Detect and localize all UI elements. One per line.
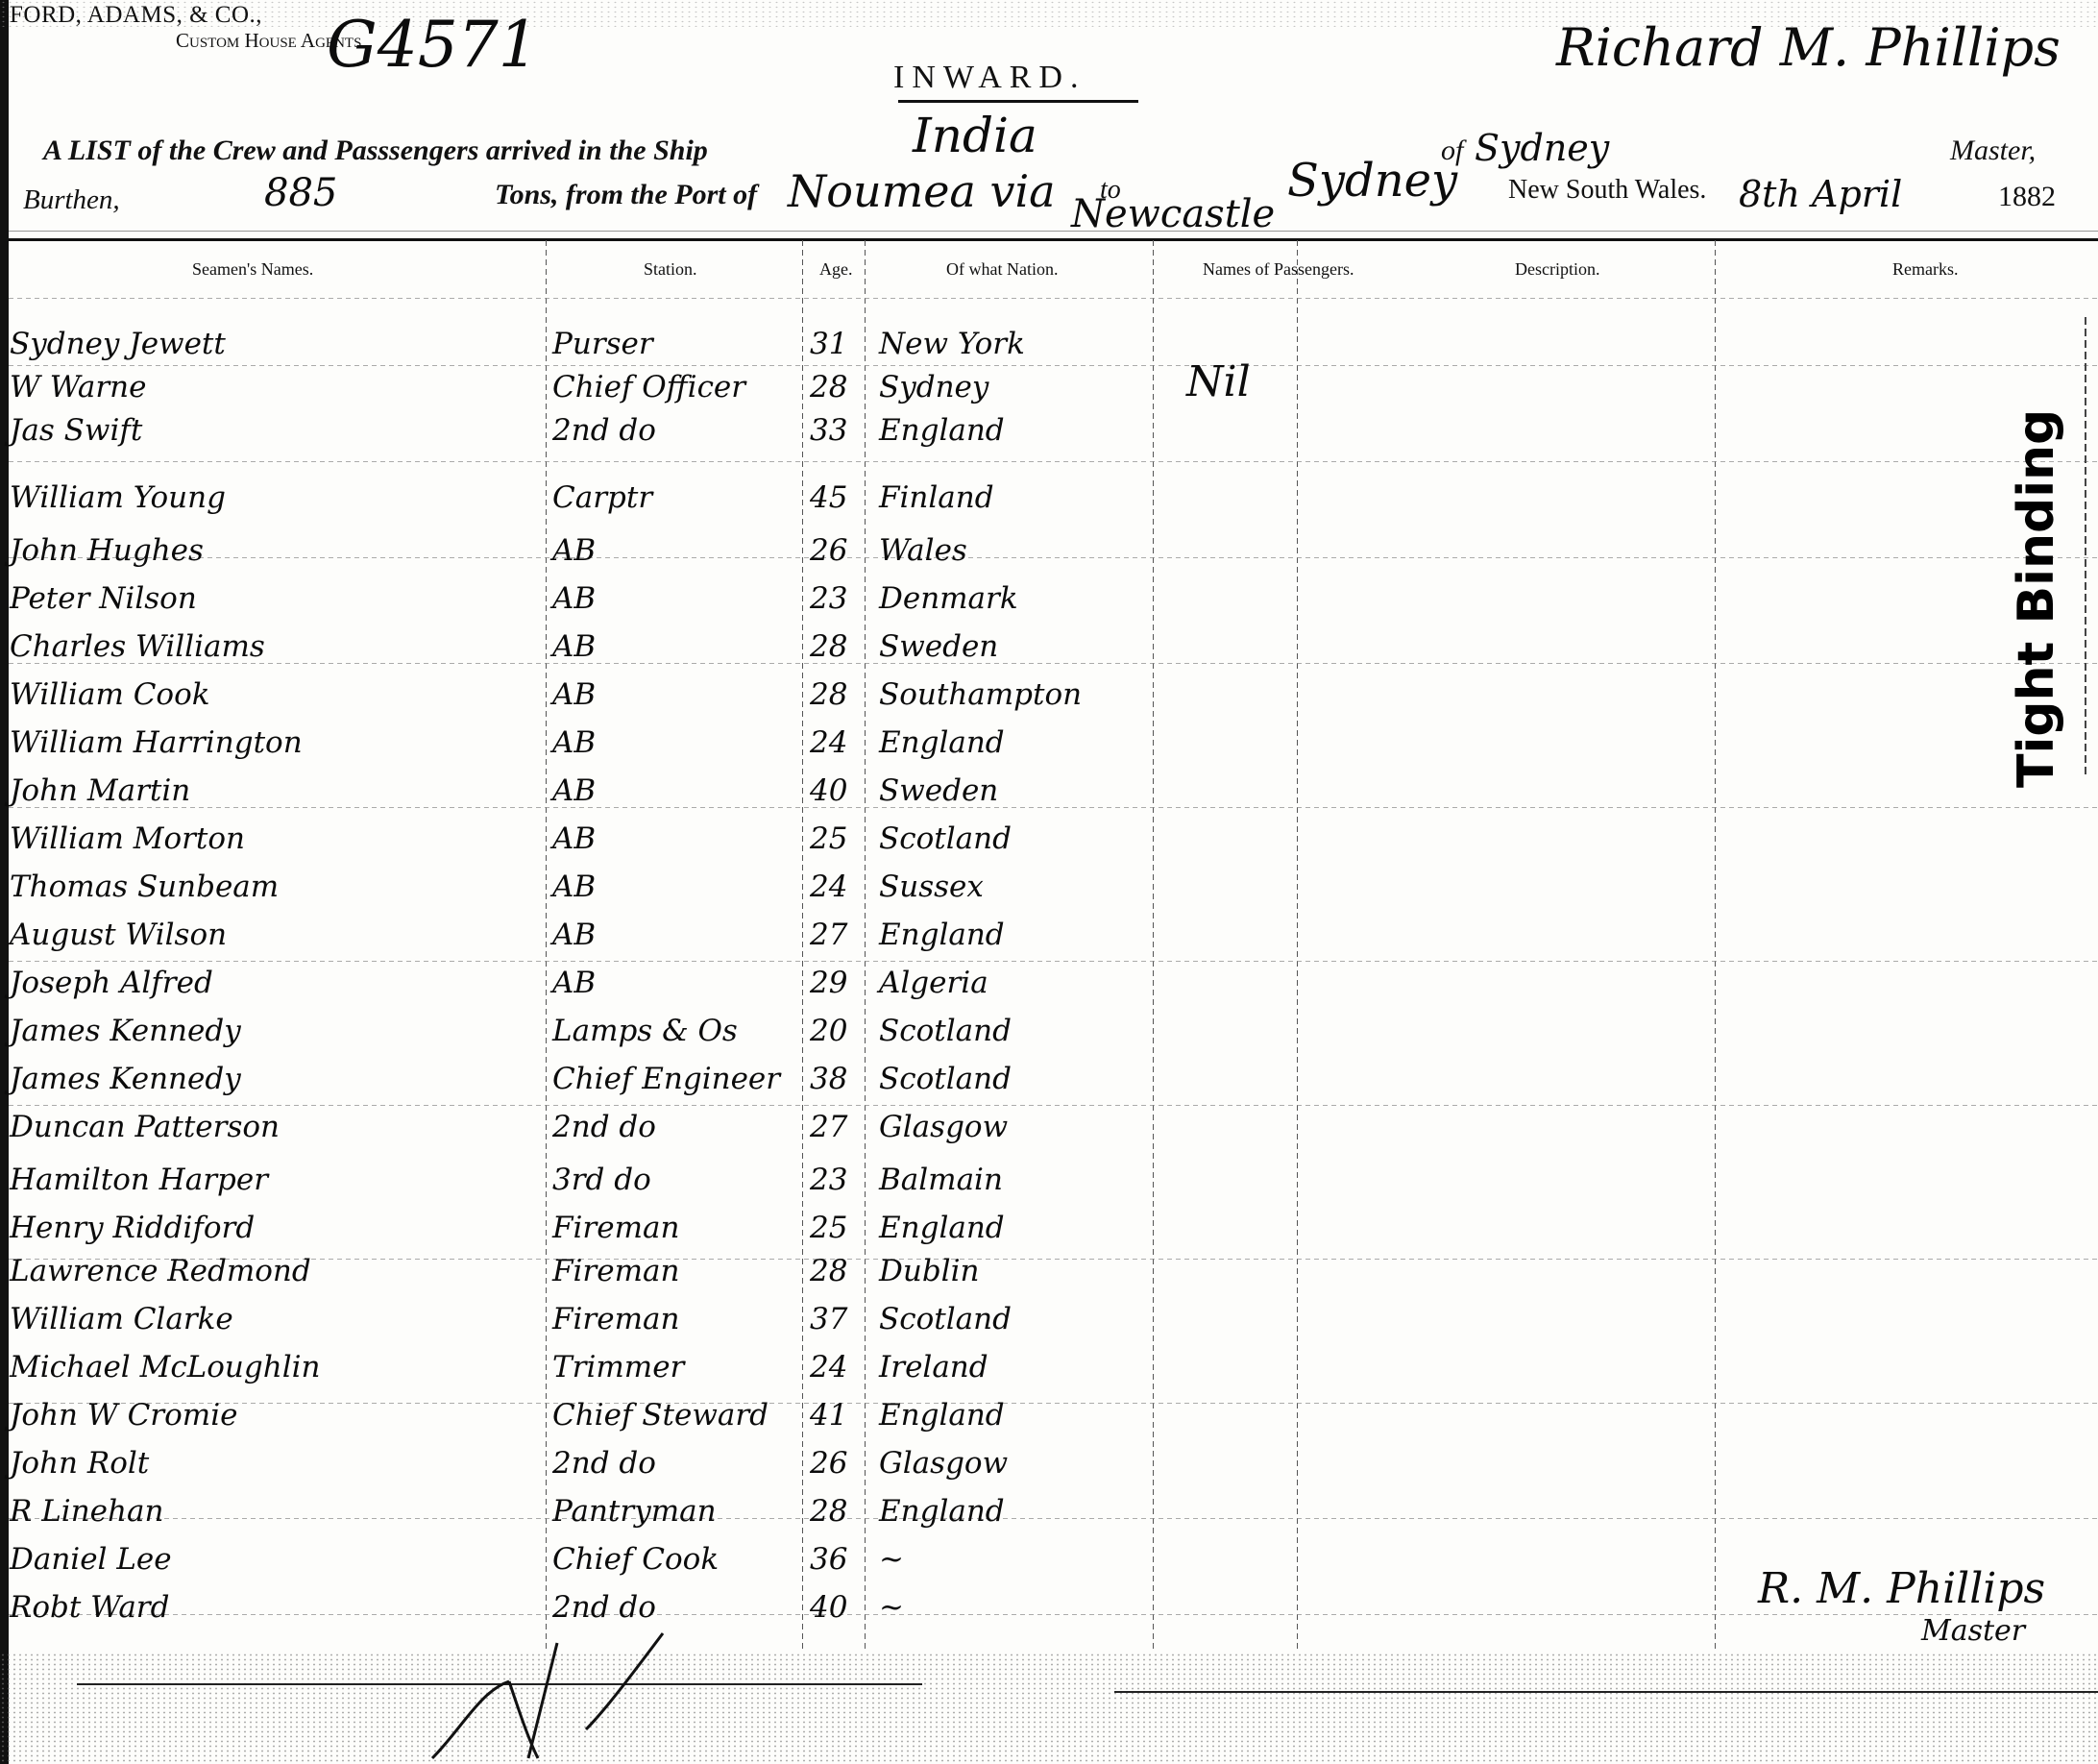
reference-number: G4571 xyxy=(327,8,539,82)
age: 38 xyxy=(810,1062,847,1096)
nation: England xyxy=(879,918,1005,952)
col-head-station: Station. xyxy=(644,259,697,280)
master-signature-title: Master xyxy=(1921,1614,2025,1648)
crew-row: Hamilton Harper3rd do23Balmain xyxy=(0,1163,2098,1200)
station: Chief Engineer xyxy=(552,1062,780,1096)
crew-row: John MartinAB40Sweden xyxy=(0,773,2098,811)
scan-noise-bottom xyxy=(0,1653,2098,1764)
age: 26 xyxy=(810,533,847,568)
station: Chief Officer xyxy=(552,370,745,404)
seaman-name: Peter Nilson xyxy=(10,581,197,616)
age: 37 xyxy=(810,1302,847,1336)
master-name: Richard M. Phillips xyxy=(1556,17,2061,78)
heading-underline xyxy=(898,100,1138,103)
nation: Wales xyxy=(879,533,967,568)
col-head-description: Description. xyxy=(1515,259,1599,280)
crew-row: Charles WilliamsAB28Sweden xyxy=(0,629,2098,667)
nation: Sweden xyxy=(879,773,998,808)
age: 25 xyxy=(810,1211,847,1245)
age: 28 xyxy=(810,1254,847,1288)
age: 36 xyxy=(810,1542,847,1577)
crew-row: John Rolt2nd do26Glasgow xyxy=(0,1446,2098,1483)
age: 27 xyxy=(810,1110,847,1144)
ruled-line xyxy=(9,961,2098,962)
ruled-line xyxy=(9,1105,2098,1106)
seaman-name: John Hughes xyxy=(10,533,204,568)
station: AB xyxy=(552,629,596,664)
crew-row: James KennedyLamps & Os20Scotland xyxy=(0,1014,2098,1051)
crew-row: W WarneChief Officer28Sydney xyxy=(0,370,2098,407)
header-rule-thin xyxy=(9,231,2098,232)
seaman-name: Charles Williams xyxy=(10,629,265,664)
station: 2nd do xyxy=(552,413,656,448)
seaman-name: Lawrence Redmond xyxy=(10,1254,311,1288)
seaman-name: Hamilton Harper xyxy=(10,1163,268,1197)
station: AB xyxy=(552,918,596,952)
nation: Scotland xyxy=(879,1062,1012,1096)
crew-row: William CookAB28Southampton xyxy=(0,677,2098,715)
nation: Algeria xyxy=(879,966,988,1000)
nation: Glasgow xyxy=(879,1110,1008,1144)
crew-row: R LinehanPantryman28England xyxy=(0,1494,2098,1531)
firm-name: FORD, ADAMS, & CO., xyxy=(10,2,262,29)
age: 25 xyxy=(810,821,847,856)
seaman-name: James Kennedy xyxy=(10,1014,241,1048)
nation: Ireland xyxy=(879,1350,988,1384)
header-rule xyxy=(9,238,2098,241)
nation: Finland xyxy=(879,480,994,515)
seaman-name: William Young xyxy=(10,480,226,515)
station: AB xyxy=(552,966,596,1000)
age: 20 xyxy=(810,1014,847,1048)
station: Pantryman xyxy=(552,1494,717,1529)
station: 2nd do xyxy=(552,1590,656,1625)
home-port: Sydney xyxy=(1475,127,1609,169)
seaman-name: John Martin xyxy=(10,773,190,808)
crew-row: Sydney JewettPurser31New York xyxy=(0,327,2098,364)
binding-edge xyxy=(2085,317,2086,778)
nation: Scotland xyxy=(879,1302,1012,1336)
nation: England xyxy=(879,1494,1005,1529)
station: 2nd do xyxy=(552,1110,656,1144)
age: 33 xyxy=(810,413,847,448)
crew-row: Thomas SunbeamAB24Sussex xyxy=(0,870,2098,907)
seaman-name: Thomas Sunbeam xyxy=(10,870,279,904)
seaman-name: John W Cromie xyxy=(10,1398,237,1433)
age: 27 xyxy=(810,918,847,952)
port-to: Sydney xyxy=(1287,154,1457,208)
nation: England xyxy=(879,1211,1005,1245)
form-heading: INWARD. xyxy=(893,60,1086,96)
crew-row: William MortonAB25Scotland xyxy=(0,821,2098,859)
nation: Denmark xyxy=(879,581,1018,616)
age: 28 xyxy=(810,677,847,712)
nation: Sussex xyxy=(879,870,984,904)
nation: England xyxy=(879,413,1005,448)
age: 28 xyxy=(810,370,847,404)
arrival-year: 1882 xyxy=(1998,181,2056,213)
seaman-name: William Clarke xyxy=(10,1302,233,1336)
seaman-name: John Rolt xyxy=(10,1446,149,1481)
crew-row: Michael McLoughlinTrimmer24Ireland xyxy=(0,1350,2098,1387)
seaman-name: William Cook xyxy=(10,677,210,712)
list-intro: A LIST of the Crew and Passsengers arriv… xyxy=(43,135,708,167)
crew-row: Joseph AlfredAB29Algeria xyxy=(0,966,2098,1003)
nation: ~ xyxy=(879,1542,904,1577)
station: AB xyxy=(552,677,596,712)
station: Carptr xyxy=(552,480,652,515)
nation: Sydney xyxy=(879,370,988,404)
seaman-name: Michael McLoughlin xyxy=(10,1350,321,1384)
crew-row: August WilsonAB27England xyxy=(0,918,2098,955)
age: 45 xyxy=(810,480,847,515)
seaman-name: James Kennedy xyxy=(10,1062,241,1096)
seaman-name: Daniel Lee xyxy=(10,1542,172,1577)
station: AB xyxy=(552,581,596,616)
nation: England xyxy=(879,1398,1005,1433)
col-head-nation: Of what Nation. xyxy=(946,259,1058,280)
station: 2nd do xyxy=(552,1446,656,1481)
seaman-name: Robt Ward xyxy=(10,1590,169,1625)
station: AB xyxy=(552,725,596,760)
seaman-name: Duncan Patterson xyxy=(10,1110,280,1144)
age: 28 xyxy=(810,1494,847,1529)
age: 40 xyxy=(810,773,847,808)
seaman-name: August Wilson xyxy=(10,918,227,952)
nation: Scotland xyxy=(879,1014,1012,1048)
master-label: Master, xyxy=(1950,135,2036,167)
ruled-line xyxy=(9,365,2098,366)
nation: Scotland xyxy=(879,821,1012,856)
col-head-names: Seamen's Names. xyxy=(192,259,313,280)
seaman-name: Jas Swift xyxy=(10,413,142,448)
seaman-name: Joseph Alfred xyxy=(10,966,213,1000)
burthen-tons: 885 xyxy=(264,171,337,215)
nation: Southampton xyxy=(879,677,1082,712)
age: 26 xyxy=(810,1446,847,1481)
crew-row: James KennedyChief Engineer38Scotland xyxy=(0,1062,2098,1099)
station: Purser xyxy=(552,327,653,361)
col-head-remarks: Remarks. xyxy=(1892,259,1958,280)
age: 24 xyxy=(810,1350,847,1384)
crew-row: Jas Swift2nd do33England xyxy=(0,413,2098,451)
age: 23 xyxy=(810,581,847,616)
passengers-nil: Nil xyxy=(1186,357,1251,406)
age: 28 xyxy=(810,629,847,664)
station: Fireman xyxy=(552,1254,679,1288)
age: 24 xyxy=(810,725,847,760)
age: 41 xyxy=(810,1398,847,1433)
crew-row: Henry RiddifordFireman25England xyxy=(0,1211,2098,1248)
crew-row: John W CromieChief Steward41England xyxy=(0,1398,2098,1435)
ruled-line xyxy=(9,461,2098,462)
age: 23 xyxy=(810,1163,847,1197)
crew-row: Duncan Patterson2nd do27Glasgow xyxy=(0,1110,2098,1147)
station: AB xyxy=(552,870,596,904)
seaman-name: Henry Riddiford xyxy=(10,1211,255,1245)
age: 29 xyxy=(810,966,847,1000)
tons-from-label: Tons, from the Port of xyxy=(495,179,757,211)
crew-row: John HughesAB26Wales xyxy=(0,533,2098,571)
nation: Dublin xyxy=(879,1254,979,1288)
nation: ~ xyxy=(879,1590,904,1625)
crew-row: William HarringtonAB24England xyxy=(0,725,2098,763)
seaman-name: W Warne xyxy=(10,370,147,404)
burthen-label: Burthen, xyxy=(23,184,120,216)
age: 40 xyxy=(810,1590,847,1625)
nation: Sweden xyxy=(879,629,998,664)
station: AB xyxy=(552,533,596,568)
port-from: Noumea via xyxy=(788,165,1056,217)
age: 31 xyxy=(810,327,847,361)
nation: Glasgow xyxy=(879,1446,1008,1481)
colony: New South Wales. xyxy=(1508,175,1706,206)
bottom-rule xyxy=(1114,1691,2098,1693)
seaman-name: Sydney Jewett xyxy=(10,327,226,361)
age: 24 xyxy=(810,870,847,904)
handwritten-mark-icon xyxy=(423,1624,692,1764)
nation: Balmain xyxy=(879,1163,1003,1197)
station: Chief Cook xyxy=(552,1542,719,1577)
seaman-name: William Morton xyxy=(10,821,245,856)
ruled-line xyxy=(9,298,2098,299)
nation: New York xyxy=(879,327,1025,361)
master-signature: R. M. Phillips xyxy=(1758,1564,2045,1613)
station: Fireman xyxy=(552,1302,679,1336)
station: AB xyxy=(552,821,596,856)
crew-row: Peter NilsonAB23Denmark xyxy=(0,581,2098,619)
arrival-date: 8th April xyxy=(1739,173,1902,215)
col-head-age: Age. xyxy=(819,259,853,280)
nation: England xyxy=(879,725,1005,760)
crew-row: William YoungCarptr45Finland xyxy=(0,480,2098,518)
seaman-name: R Linehan xyxy=(10,1494,163,1529)
crew-row: William ClarkeFireman37Scotland xyxy=(0,1302,2098,1339)
station: Trimmer xyxy=(552,1350,684,1384)
ship-name: India xyxy=(913,108,1037,163)
station: Fireman xyxy=(552,1211,679,1245)
station: Chief Steward xyxy=(552,1398,768,1433)
col-head-passengers: Names of Passengers. xyxy=(1203,259,1354,280)
station: Lamps & Os xyxy=(552,1014,738,1048)
tight-binding-stamp: Tight Binding xyxy=(2008,409,2065,788)
station: AB xyxy=(552,773,596,808)
station: 3rd do xyxy=(552,1163,651,1197)
crew-row: Lawrence RedmondFireman28Dublin xyxy=(0,1254,2098,1291)
seaman-name: William Harrington xyxy=(10,725,303,760)
